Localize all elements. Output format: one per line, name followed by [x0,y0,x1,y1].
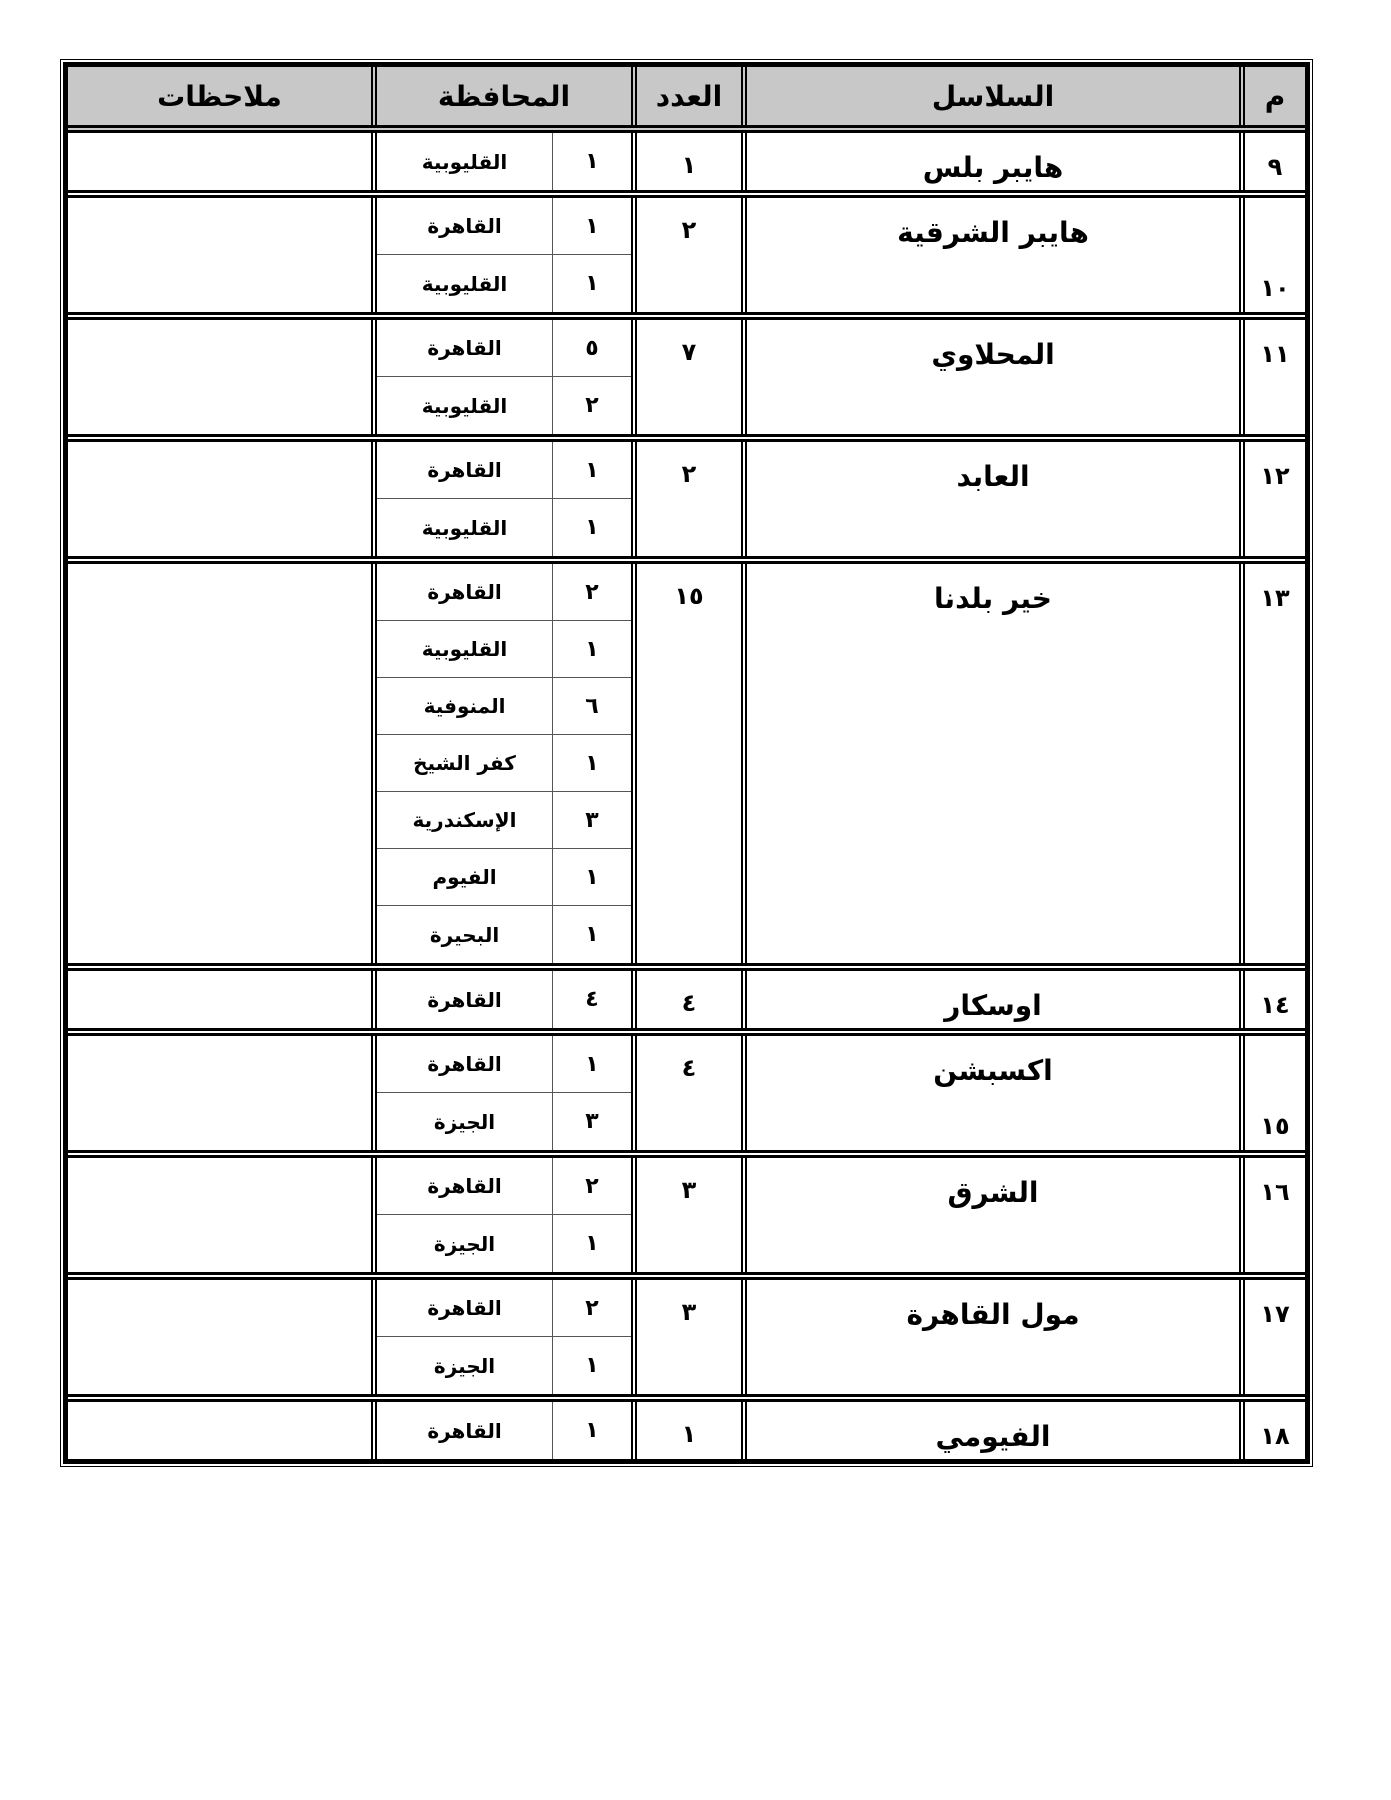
notes-column [68,1402,371,1459]
table-row: ١١ المحلاوي ٧ ٥ القاهرة ٢ القليوبية [68,320,1305,442]
governorate-name: القليوبية [377,255,552,312]
chain-name: خير بلدنا [741,564,1239,963]
table-header: م السلاسل العدد المحافظة ملاحظات [68,67,1305,133]
governorate-count: ١ [552,442,631,498]
governorate-name: الجيزة [377,1093,552,1150]
governorate-name: القاهرة [377,320,552,376]
row-number: ١٠ [1239,198,1305,312]
governorate-name: القاهرة [377,1036,552,1092]
governorate-entry: ١ الجيزة [377,1337,631,1394]
chain-count: ٤ [631,1036,741,1150]
governorate-cell: ٢ القاهرة ١ القليوبية ٦ المنوفية ١ كفر ا… [371,564,631,963]
row-number: ١٤ [1239,971,1305,1028]
notes-column [68,198,371,312]
row-number: ١٨ [1239,1402,1305,1459]
chain-name: العابد [741,442,1239,556]
governorate-name: القليوبية [377,621,552,677]
governorate-entry: ٢ القاهرة [377,1280,631,1337]
governorate-cell: ٢ القاهرة ١ الجيزة [371,1280,631,1394]
table-row: ١٤ اوسكار ٤ ٤ القاهرة [68,971,1305,1036]
header-chains: السلاسل [741,67,1239,125]
table-row: ١٧ مول القاهرة ٣ ٢ القاهرة ١ الجيزة [68,1280,1305,1402]
governorate-count: ٤ [552,971,631,1028]
governorate-entry: ١ البحيرة [377,906,631,963]
chain-count: ١ [631,133,741,190]
row-number: ٩ [1239,133,1305,190]
row-number: ١٧ [1239,1280,1305,1394]
chain-name: هايبر بلس [741,133,1239,190]
governorate-entry: ١ القليوبية [377,621,631,678]
chain-count: ٢ [631,442,741,556]
governorate-name: القليوبية [377,377,552,434]
governorate-name: الجيزة [377,1215,552,1272]
governorate-name: الجيزة [377,1337,552,1394]
governorate-count: ١ [552,255,631,312]
governorate-cell: ٥ القاهرة ٢ القليوبية [371,320,631,434]
notes-column [68,1158,371,1272]
governorate-name: القاهرة [377,1280,552,1336]
notes-column [68,133,371,190]
table-row: ١٦ الشرق ٣ ٢ القاهرة ١ الجيزة [68,1158,1305,1280]
notes-column [68,971,371,1028]
governorate-entry: ١ القليوبية [377,499,631,556]
governorate-count: ١ [552,1402,631,1459]
governorate-name: الإسكندرية [377,792,552,848]
chain-name: اوسكار [741,971,1239,1028]
governorate-count: ٦ [552,678,631,734]
governorate-cell: ٢ القاهرة ١ الجيزة [371,1158,631,1272]
governorate-cell: ١ القاهرة ١ القليوبية [371,442,631,556]
table-row: ١٣ خير بلدنا ١٥ ٢ القاهرة ١ القليوبية ٦ … [68,564,1305,971]
governorate-count: ٢ [552,1280,631,1336]
governorate-entry: ٣ الإسكندرية [377,792,631,849]
governorate-entry: ٢ القليوبية [377,377,631,434]
table-row: ١٨ الفيومي ١ ١ القاهرة [68,1402,1305,1459]
notes-column [68,564,371,963]
governorate-name: القاهرة [377,198,552,254]
governorate-name: القاهرة [377,1158,552,1214]
table-row: ١٥ اكسبشن ٤ ١ القاهرة ٣ الجيزة [68,1036,1305,1158]
row-number: ١٢ [1239,442,1305,556]
governorate-entry: ١ القليوبية [377,255,631,312]
governorate-entry: ٤ القاهرة [377,971,631,1028]
governorate-name: البحيرة [377,906,552,963]
notes-column [68,320,371,434]
governorate-name: القاهرة [377,564,552,620]
chain-count: ٣ [631,1158,741,1272]
governorate-entry: ١ القليوبية [377,133,631,190]
table-row: ١٠ هايبر الشرقية ٢ ١ القاهرة ١ القليوبية [68,198,1305,320]
governorate-entry: ١ القاهرة [377,1036,631,1093]
governorate-count: ١ [552,198,631,254]
chain-count: ١ [631,1402,741,1459]
chain-name: اكسبشن [741,1036,1239,1150]
governorate-entry: ٢ القاهرة [377,1158,631,1215]
governorate-cell: ١ القاهرة ٣ الجيزة [371,1036,631,1150]
governorate-entry: ١ الفيوم [377,849,631,906]
governorate-name: القاهرة [377,971,552,1028]
row-number: ١٦ [1239,1158,1305,1272]
chain-name: الفيومي [741,1402,1239,1459]
chains-table: م السلاسل العدد المحافظة ملاحظات ٩ هايبر… [63,62,1310,1464]
row-number: ١١ [1239,320,1305,434]
governorate-entry: ٣ الجيزة [377,1093,631,1150]
governorate-count: ١ [552,849,631,905]
notes-column [68,1280,371,1394]
governorate-name: الفيوم [377,849,552,905]
governorate-entry: ١ كفر الشيخ [377,735,631,792]
chain-count: ٣ [631,1280,741,1394]
governorate-count: ١ [552,1337,631,1394]
governorate-name: القليوبية [377,499,552,556]
governorate-count: ١ [552,906,631,963]
governorate-name: كفر الشيخ [377,735,552,791]
governorate-cell: ٤ القاهرة [371,971,631,1028]
governorate-count: ٢ [552,1158,631,1214]
notes-column [68,1036,371,1150]
governorate-entry: ١ الجيزة [377,1215,631,1272]
governorate-count: ١ [552,735,631,791]
governorate-entry: ٥ القاهرة [377,320,631,377]
governorate-entry: ١ القاهرة [377,442,631,499]
chain-name: مول القاهرة [741,1280,1239,1394]
header-num: م [1239,67,1305,125]
governorate-cell: ١ القاهرة ١ القليوبية [371,198,631,312]
governorate-name: المنوفية [377,678,552,734]
governorate-entry: ١ القاهرة [377,198,631,255]
governorate-count: ٣ [552,792,631,848]
governorate-count: ١ [552,499,631,556]
governorate-count: ١ [552,1036,631,1092]
row-number: ١٥ [1239,1036,1305,1150]
governorate-entry: ٢ القاهرة [377,564,631,621]
governorate-count: ١ [552,621,631,677]
table-row: ٩ هايبر بلس ١ ١ القليوبية [68,133,1305,198]
governorate-count: ١ [552,1215,631,1272]
governorate-name: القاهرة [377,1402,552,1459]
table-row: ١٢ العابد ٢ ١ القاهرة ١ القليوبية [68,442,1305,564]
chain-count: ٢ [631,198,741,312]
governorate-entry: ١ القاهرة [377,1402,631,1459]
row-number: ١٣ [1239,564,1305,963]
chain-name: الشرق [741,1158,1239,1272]
governorate-count: ١ [552,133,631,190]
governorate-name: القاهرة [377,442,552,498]
governorate-count: ٢ [552,377,631,434]
governorate-cell: ١ القاهرة [371,1402,631,1459]
governorate-cell: ١ القليوبية [371,133,631,190]
chain-count: ٤ [631,971,741,1028]
notes-column [68,442,371,556]
governorate-entry: ٦ المنوفية [377,678,631,735]
header-governorate: المحافظة [371,67,631,125]
governorate-count: ٥ [552,320,631,376]
chain-name: هايبر الشرقية [741,198,1239,312]
chain-count: ٧ [631,320,741,434]
governorate-name: القليوبية [377,133,552,190]
chain-name: المحلاوي [741,320,1239,434]
header-count: العدد [631,67,741,125]
header-notes: ملاحظات [68,67,371,125]
governorate-count: ٢ [552,564,631,620]
chain-count: ١٥ [631,564,741,963]
governorate-count: ٣ [552,1093,631,1150]
